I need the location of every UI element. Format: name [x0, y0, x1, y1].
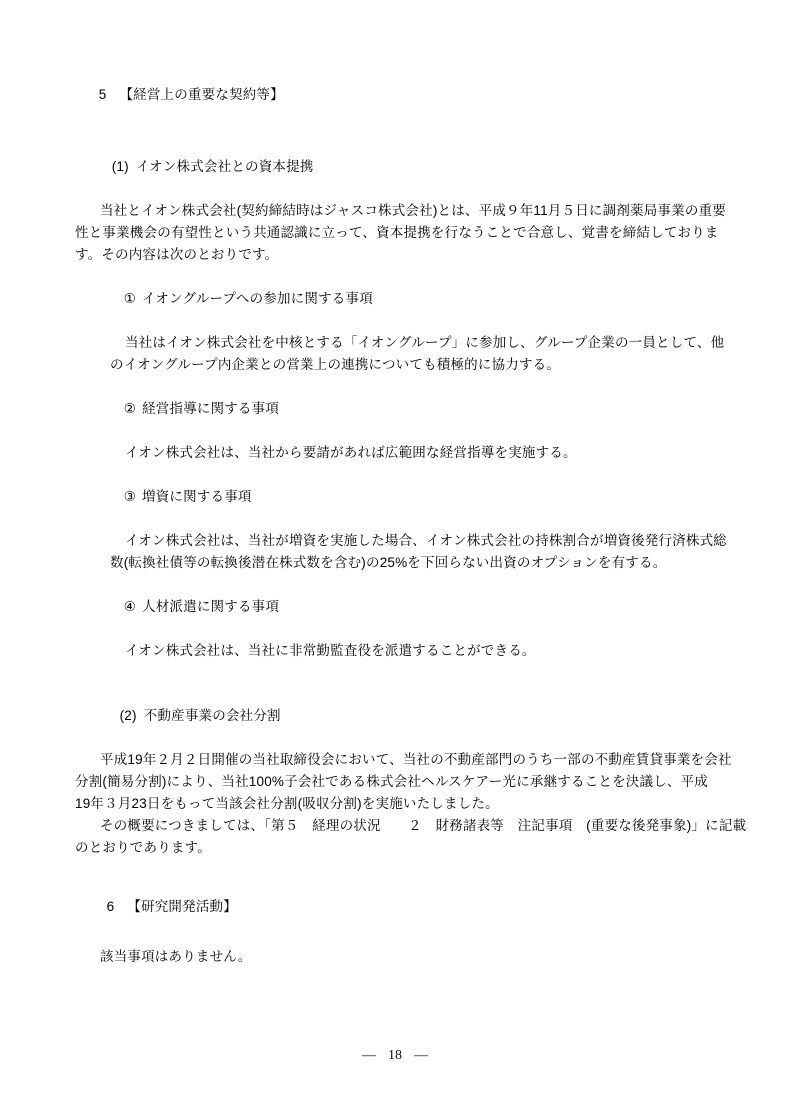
- section-6-body: 該当事項はありません。: [75, 946, 746, 968]
- section-6-title: 【研究開発活動】: [127, 899, 237, 914]
- paragraph-line: 当社とイオン株式会社(契約締結時はジャスコ株式会社)とは、平成９年11月５日に調…: [75, 200, 746, 222]
- item-4-body-line: イオン株式会社は、当社に非常勤監査役を派遣することができる。: [75, 640, 746, 662]
- item-1-heading: ①イオングループへの参加に関する事項: [75, 266, 746, 332]
- footer-dash-right: ―: [414, 1048, 428, 1063]
- subsection-2-block: (2)不動産事業の会社分割 平成19年２月２日開催の当社取締役会において、当社の…: [75, 683, 746, 859]
- section-5-number: 5: [99, 87, 107, 102]
- item-2-heading: ②経営指導に関する事項: [75, 376, 746, 442]
- subsection-1-heading: (1)イオン株式会社との資本提携: [75, 134, 746, 200]
- item-2-label: ②: [124, 401, 136, 416]
- footer-dash-left: ―: [362, 1048, 376, 1063]
- subsection-2-title: 不動産事業の会社分割: [144, 708, 281, 723]
- item-1-body-line: 当社はイオン株式会社を中核とする「イオングループ」に参加し、グループ企業の一員と…: [75, 332, 746, 354]
- item-2-title: 経営指導に関する事項: [142, 401, 279, 416]
- subsection-2-heading: (2)不動産事業の会社分割: [75, 683, 746, 749]
- subsection-1-label: (1): [112, 159, 129, 174]
- page-footer: ―18―: [0, 1046, 790, 1066]
- paragraph-line: その概要につきましては、「第５ 経理の状況 ２ 財務諸表等 注記事項 (重要な後…: [75, 815, 746, 837]
- section-6-heading: 6【研究開発活動】: [75, 874, 746, 940]
- paragraph-line: 分割(簡易分割)により、当社100%子会社である株式会社ヘルスケアー光に承継する…: [75, 771, 746, 793]
- section-5-title: 【経営上の重要な契約等】: [119, 87, 283, 102]
- page-content: 5【経営上の重要な契約等】 (1)イオン株式会社との資本提携 当社とイオン株式会…: [75, 62, 746, 968]
- item-4-title: 人材派遣に関する事項: [142, 599, 279, 614]
- item-1-label: ①: [124, 291, 136, 306]
- paragraph-line: す。その内容は次のとおりです。: [75, 244, 746, 266]
- item-2-body-line: イオン株式会社は、当社から要請があれば広範囲な経営指導を実施する。: [75, 442, 746, 464]
- item-3-body-line: 数(転換社債等の転換後潜在株式数を含む)の25%を下回らない出資のオプションを有…: [75, 552, 746, 574]
- item-4-label: ④: [124, 599, 136, 614]
- paragraph-line: 性と事業機会の有望性という共通認識に立って、資本提携を行なうことで合意し、覚書を…: [75, 222, 746, 244]
- paragraph-line: 平成19年２月２日開催の当社取締役会において、当社の不動産部門のうち一部の不動産…: [75, 749, 746, 771]
- subsection-1-title: イオン株式会社との資本提携: [136, 159, 314, 174]
- item-4-heading: ④人材派遣に関する事項: [75, 574, 746, 640]
- item-3-body-line: イオン株式会社は、当社が増資を実施した場合、イオン株式会社の持株割合が増資後発行…: [75, 530, 746, 552]
- section-5-heading: 5【経営上の重要な契約等】: [75, 62, 746, 128]
- document-page: 5【経営上の重要な契約等】 (1)イオン株式会社との資本提携 当社とイオン株式会…: [0, 0, 790, 1118]
- subsection-2-label: (2): [120, 708, 137, 723]
- item-3-heading: ③増資に関する事項: [75, 464, 746, 530]
- paragraph-line: のとおりであります。: [75, 837, 746, 859]
- section-6-block: 6【研究開発活動】 該当事項はありません。: [75, 874, 746, 968]
- paragraph-line: 19年３月23日をもって当該会社分割(吸収分割)を実施いたしました。: [75, 793, 746, 815]
- item-1-body-line: のイオングループ内企業との営業上の連携についても積極的に協力する。: [75, 354, 746, 376]
- item-1-title: イオングループへの参加に関する事項: [142, 291, 373, 306]
- item-3-label: ③: [124, 489, 136, 504]
- item-3-title: 増資に関する事項: [142, 489, 252, 504]
- page-number: 18: [388, 1048, 402, 1063]
- section-6-number: 6: [107, 899, 115, 914]
